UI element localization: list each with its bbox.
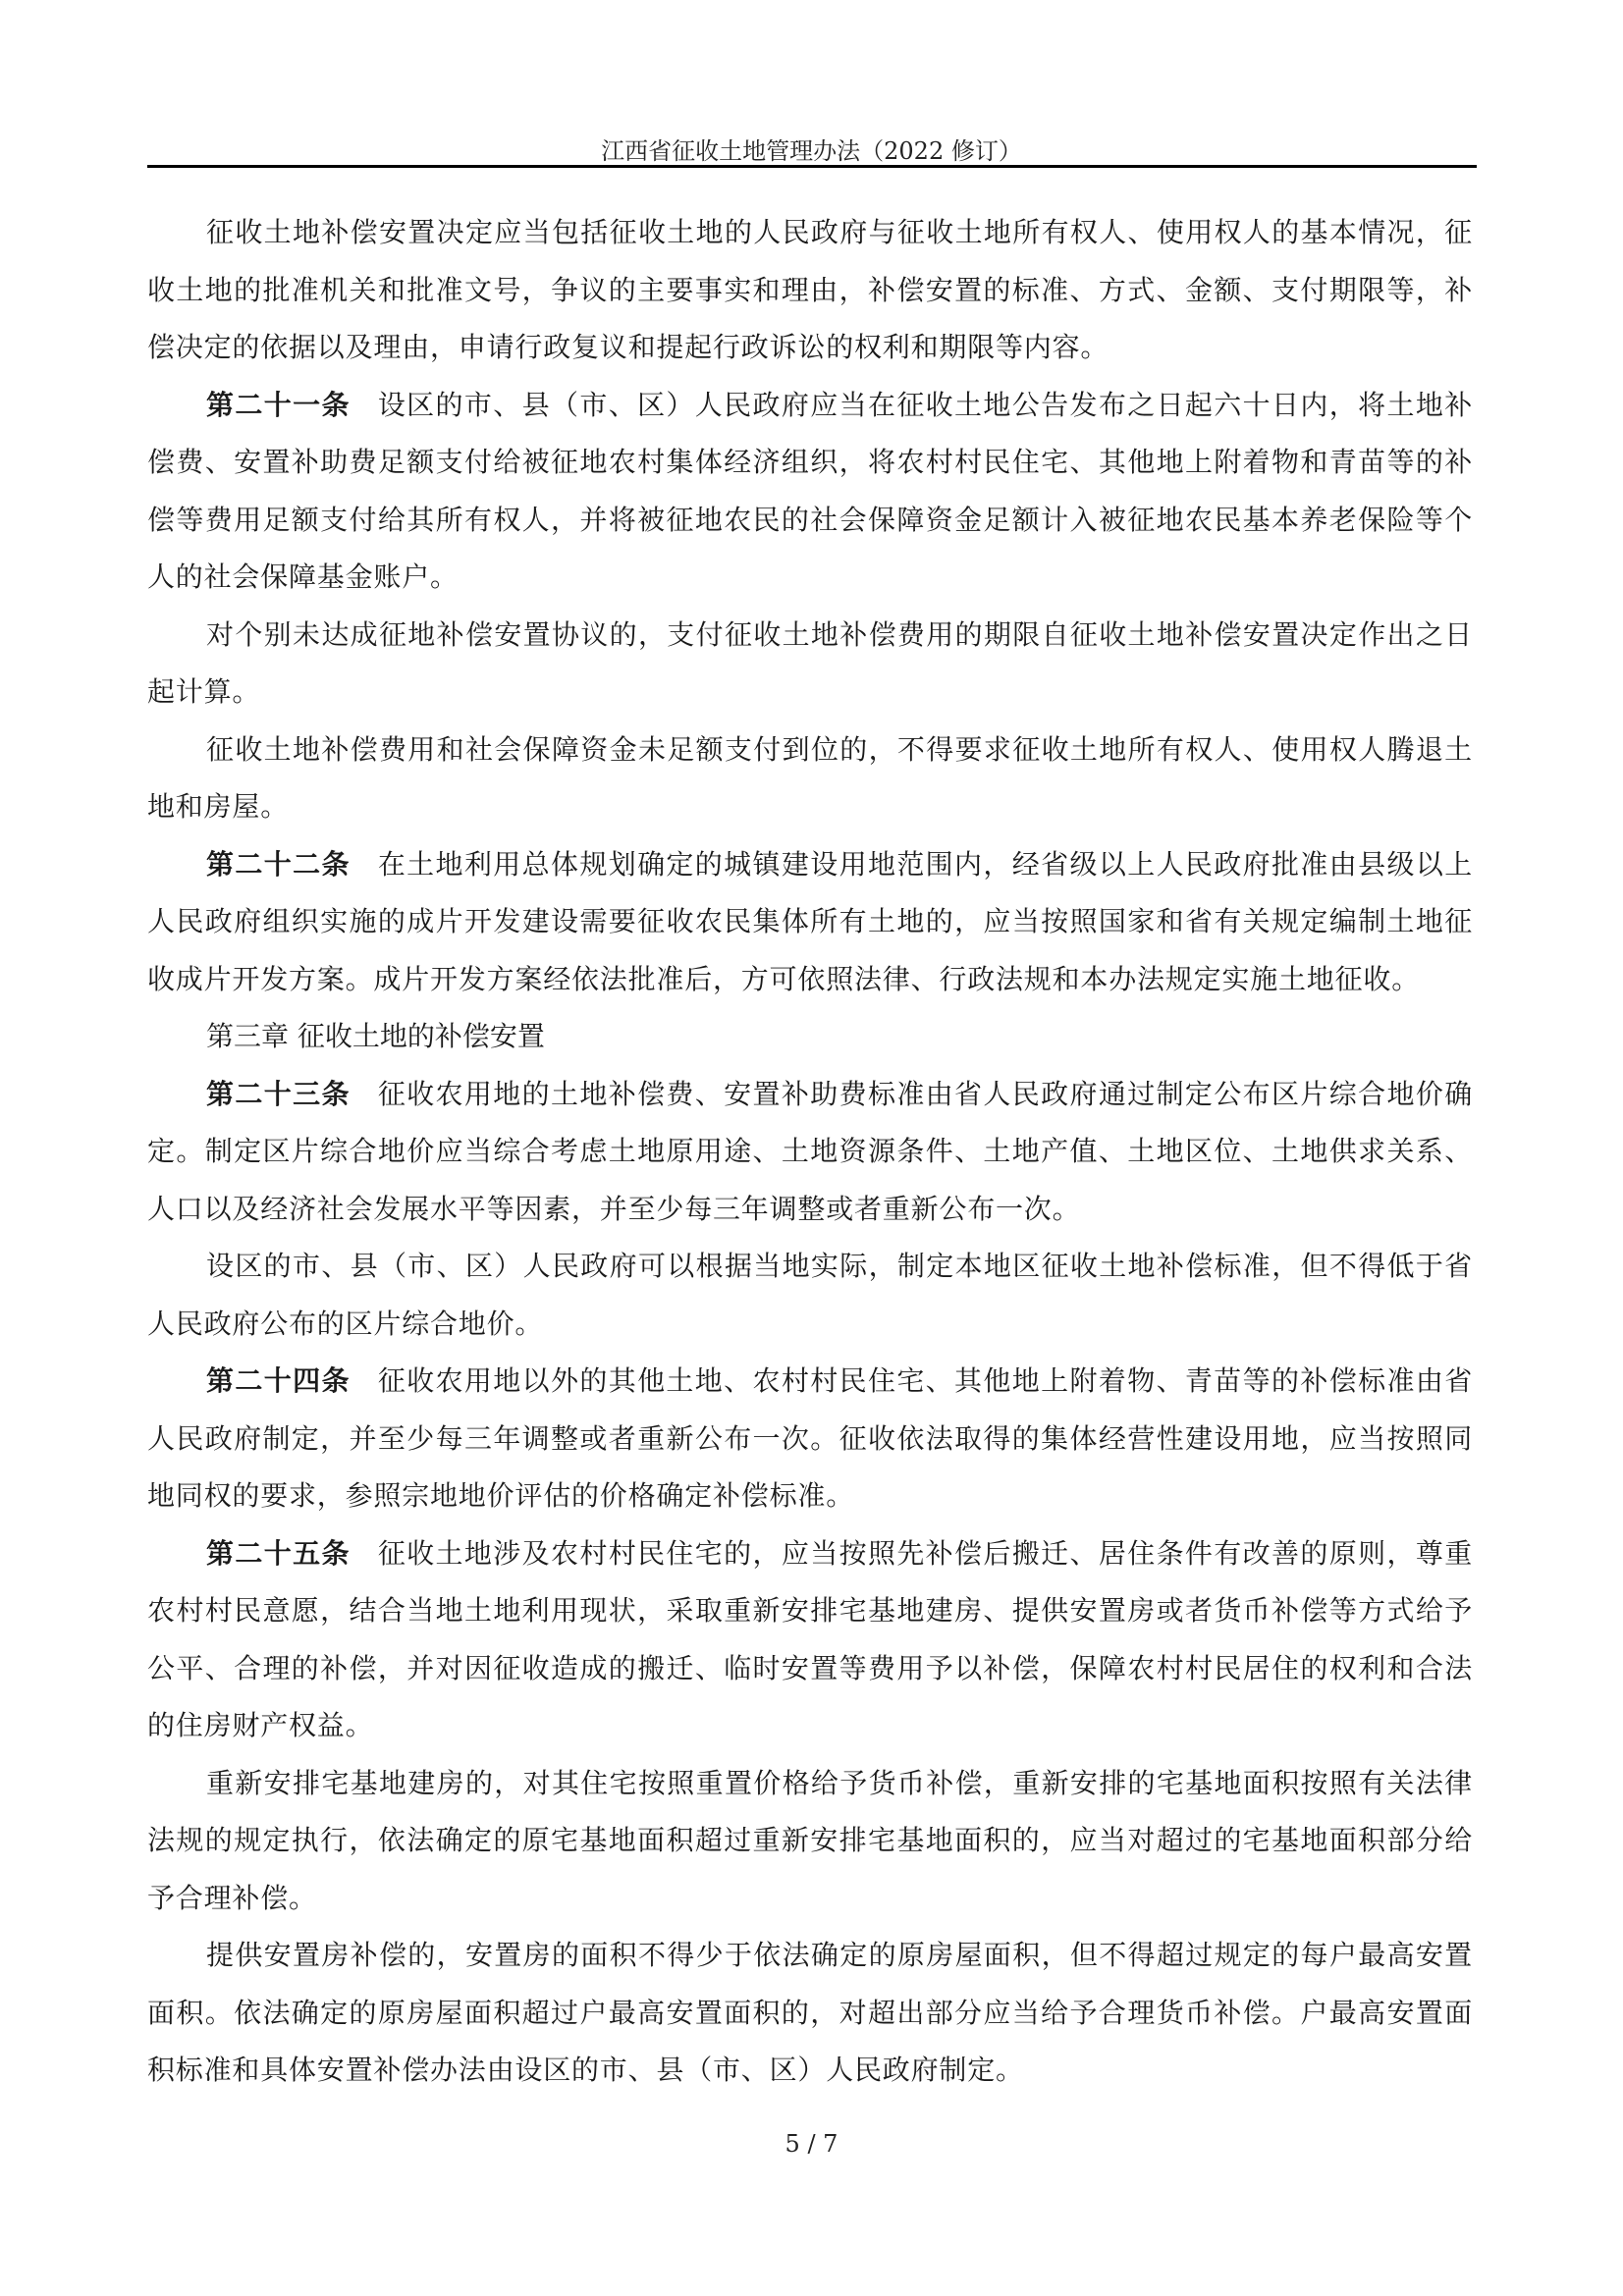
header-divider: [147, 165, 1477, 168]
chapter-heading: 第三章 征收土地的补偿安置: [147, 1008, 1473, 1066]
paragraph: 重新安排宅基地建房的，对其住宅按照重置价格给予货币补偿，重新安排的宅基地面积按照…: [147, 1755, 1473, 1928]
page-number: 5 / 7: [0, 2130, 1623, 2158]
paragraph: 征收土地补偿费用和社会保障资金未足额支付到位的，不得要求征收土地所有权人、使用权…: [147, 721, 1473, 836]
paragraph-text: 征收土地补偿安置决定应当包括征收土地的人民政府与征收土地所有权人、使用权人的基本…: [147, 216, 1473, 363]
article-24: 第二十四条征收农用地以外的其他土地、农村村民住宅、其他地上附着物、青苗等的补偿标…: [147, 1353, 1473, 1525]
article-number: 第二十四条: [206, 1364, 351, 1397]
paragraph: 设区的市、县（市、区）人民政府可以根据当地实际，制定本地区征收土地补偿标准，但不…: [147, 1238, 1473, 1353]
paragraph: 提供安置房补偿的，安置房的面积不得少于依法确定的原房屋面积，但不得超过规定的每户…: [147, 1927, 1473, 2100]
document-header-title: 江西省征收土地管理办法（2022 修订）: [0, 137, 1623, 165]
document-body: 征收土地补偿安置决定应当包括征收土地的人民政府与征收土地所有权人、使用权人的基本…: [147, 204, 1473, 2100]
paragraph-text: 设区的市、县（市、区）人民政府可以根据当地实际，制定本地区征收土地补偿标准，但不…: [147, 1250, 1473, 1340]
paragraph-text: 对个别未达成征地补偿安置协议的，支付征收土地补偿费用的期限自征收土地补偿安置决定…: [147, 618, 1473, 709]
article-number: 第二十三条: [206, 1078, 351, 1110]
article-number: 第二十五条: [206, 1537, 351, 1570]
article-23: 第二十三条征收农用地的土地补偿费、安置补助费标准由省人民政府通过制定公布区片综合…: [147, 1066, 1473, 1239]
article-number: 第二十一条: [206, 389, 351, 421]
paragraph: 对个别未达成征地补偿安置协议的，支付征收土地补偿费用的期限自征收土地补偿安置决定…: [147, 607, 1473, 721]
paragraph-text: 征收土地补偿费用和社会保障资金未足额支付到位的，不得要求征收土地所有权人、使用权…: [147, 733, 1473, 824]
article-21: 第二十一条设区的市、县（市、区）人民政府应当在征收土地公告发布之日起六十日内，将…: [147, 377, 1473, 607]
article-25: 第二十五条征收土地涉及农村村民住宅的，应当按照先补偿后搬迁、居住条件有改善的原则…: [147, 1525, 1473, 1755]
paragraph-text: 重新安排宅基地建房的，对其住宅按照重置价格给予货币补偿，重新安排的宅基地面积按照…: [147, 1767, 1473, 1914]
paragraph: 征收土地补偿安置决定应当包括征收土地的人民政府与征收土地所有权人、使用权人的基本…: [147, 204, 1473, 377]
paragraph-text: 提供安置房补偿的，安置房的面积不得少于依法确定的原房屋面积，但不得超过规定的每户…: [147, 1939, 1473, 2086]
article-number: 第二十二条: [206, 848, 351, 881]
article-22: 第二十二条在土地利用总体规划确定的城镇建设用地范围内，经省级以上人民政府批准由县…: [147, 836, 1473, 1009]
